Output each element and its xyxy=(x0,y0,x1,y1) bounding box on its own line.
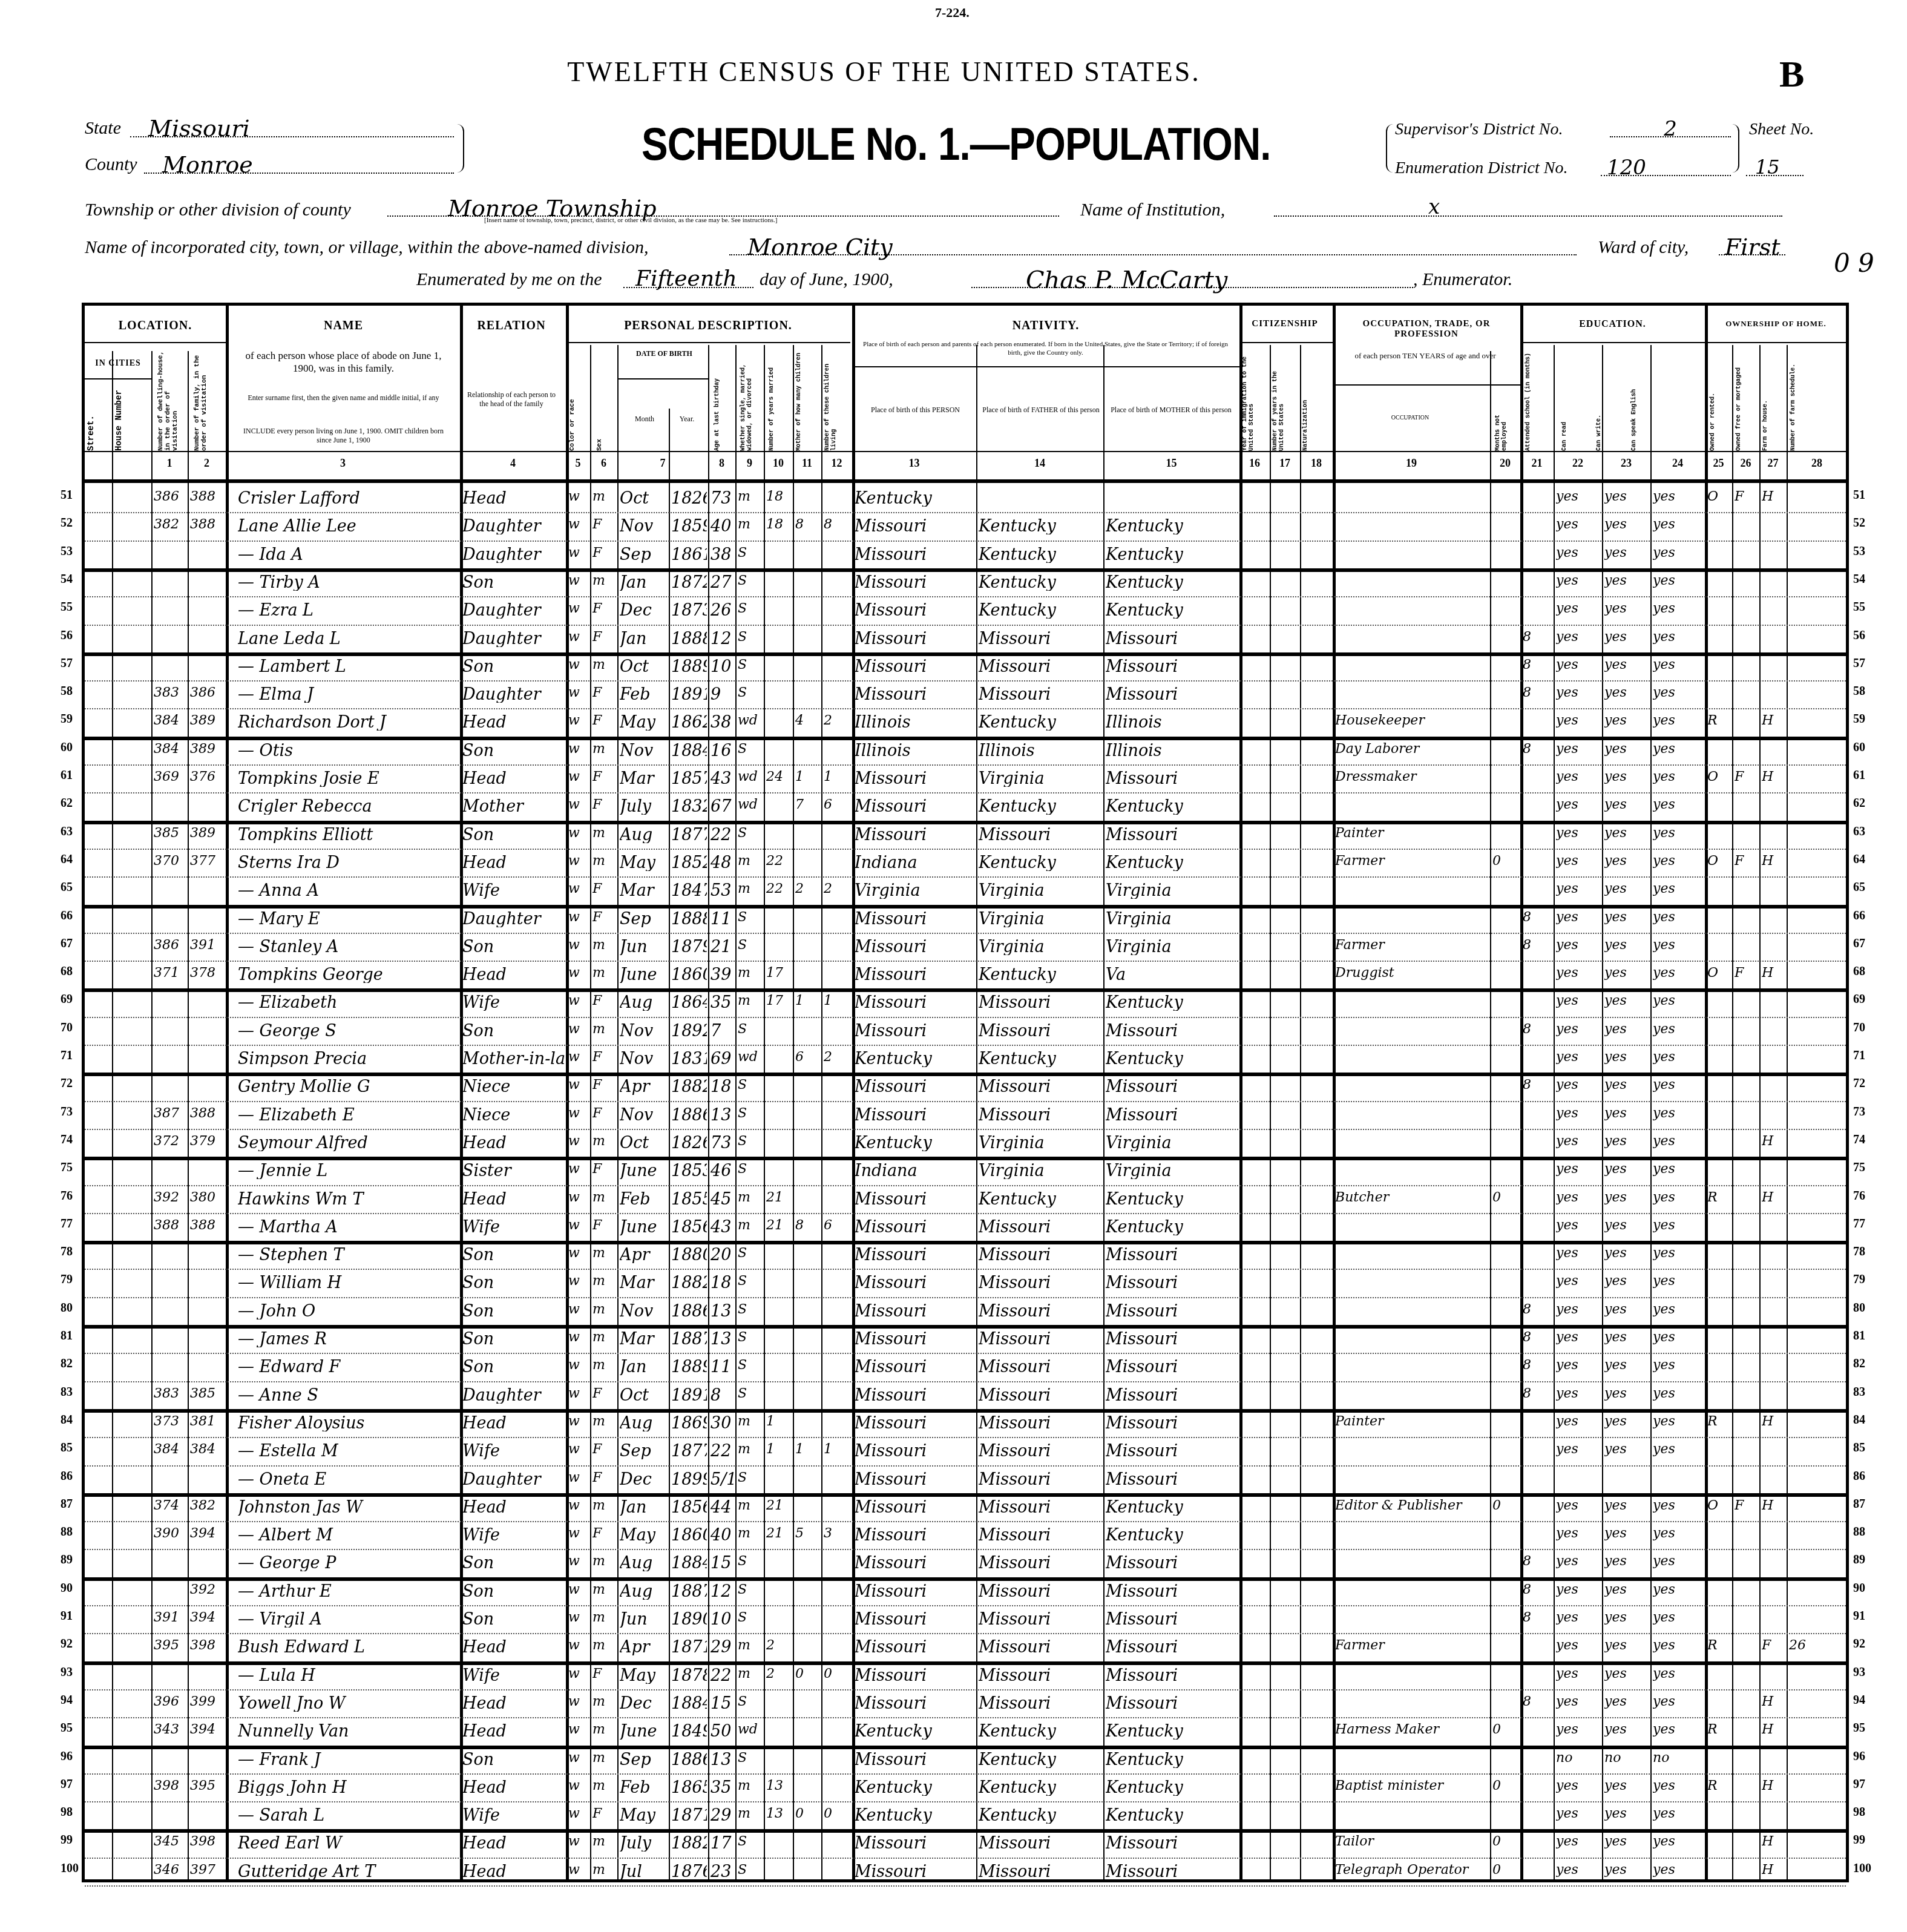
cell-mother: Virginia xyxy=(1106,911,1238,927)
table-row[interactable]: — Frank JSonwmSep188613SMissouriKentucky… xyxy=(85,1746,1846,1773)
cell-name: — Virgil A xyxy=(238,1611,468,1628)
institution-value: x xyxy=(1428,195,1440,219)
cell-birth: Missouri xyxy=(855,1499,975,1516)
cell-birth: Missouri xyxy=(855,518,975,534)
cell-year: 1865 xyxy=(671,1779,707,1796)
cell-dwelling: 382 xyxy=(154,518,186,531)
cell-mother: Missouri xyxy=(1106,1387,1238,1404)
cell-age: 53 xyxy=(711,882,734,899)
cell-sex: F xyxy=(592,1667,616,1681)
cell-year: 1857 xyxy=(671,770,707,787)
column-number: 24 xyxy=(1650,457,1705,470)
cell-yrs-married: 1 xyxy=(766,1415,792,1428)
table-row[interactable]: 383386— Elma JDaughterwFFeb18919SMissour… xyxy=(85,680,1846,708)
cell-year: 1886 xyxy=(671,1752,707,1768)
table-row[interactable]: 343394Nunnelly VanHeadwmJune184950wdKent… xyxy=(85,1717,1846,1745)
cell-mother-of: 1 xyxy=(795,994,820,1008)
cell-yrs-married: 21 xyxy=(766,1191,792,1204)
cell-color: w xyxy=(568,827,589,840)
table-row[interactable]: Gentry Mollie GNiecewFApr188218SMissouri… xyxy=(85,1073,1846,1100)
cell-yrs-married: 17 xyxy=(766,967,792,980)
cell-year: 1886 xyxy=(671,1107,707,1123)
cell-occupation: Housekeeper xyxy=(1335,714,1489,728)
cell-marital: m xyxy=(738,1499,763,1513)
cell-color: w xyxy=(568,1723,589,1736)
cell-father: Missouri xyxy=(979,1275,1102,1291)
cell-father: Kentucky xyxy=(979,855,1102,871)
cell-month: Nov xyxy=(620,1303,668,1319)
row-divider xyxy=(85,342,226,343)
cell-name: — Elizabeth xyxy=(238,994,468,1011)
table-row[interactable]: 373381Fisher AloysiusHeadwmAug186930m1Mi… xyxy=(85,1409,1846,1437)
cell-father: Missouri xyxy=(979,686,1102,703)
cell-marital: S xyxy=(738,1864,763,1877)
institution-field[interactable]: x xyxy=(1274,195,1782,217)
cell-month: Aug xyxy=(620,994,668,1011)
header-dwelling-number: Number of dwelling-house, in the order o… xyxy=(157,348,179,451)
line-number-right: 80 xyxy=(1853,1301,1865,1315)
cell-birth: Missouri xyxy=(855,1864,975,1880)
cell-mother: Missouri xyxy=(1106,1247,1238,1263)
line-number-right: 62 xyxy=(1853,797,1865,810)
line-number-left: 69 xyxy=(61,993,73,1007)
table-row[interactable]: 387388— Elizabeth ENiecewFNov188613SMiss… xyxy=(85,1101,1846,1129)
cell-write: yes xyxy=(1604,1667,1649,1681)
header-ownership: OWNERSHIP OF HOME. xyxy=(1705,319,1847,329)
cell-yrs-married: 21 xyxy=(766,1499,792,1513)
cell-relation: Son xyxy=(462,1359,565,1375)
cell-read: yes xyxy=(1556,1864,1601,1877)
cell-mother: Missouri xyxy=(1106,1835,1238,1851)
cell-dwelling: 391 xyxy=(154,1611,186,1625)
cell-own: O xyxy=(1707,855,1731,868)
table-row[interactable]: 384384— Estella MWifewFSep187722m111Miss… xyxy=(85,1437,1846,1465)
cell-name: Biggs John H xyxy=(238,1779,468,1796)
cell-write: yes xyxy=(1604,631,1649,644)
cell-english: yes xyxy=(1653,1163,1704,1176)
cell-english: yes xyxy=(1653,1807,1704,1821)
table-row[interactable]: 369376Tompkins Josie EHeadwFMar185743wd2… xyxy=(85,764,1846,792)
cell-school: 8 xyxy=(1523,631,1552,644)
line-number-right: 91 xyxy=(1853,1609,1865,1623)
table-row[interactable]: 345398Reed Earl WHeadwmJuly188217SMissou… xyxy=(85,1829,1846,1857)
table-row[interactable]: — George SSonwmNov18927SMissouriMissouri… xyxy=(85,1017,1846,1045)
cell-name: — Tirby A xyxy=(238,574,468,591)
cell-family: 394 xyxy=(190,1723,225,1736)
line-number-left: 96 xyxy=(61,1750,73,1764)
table-row[interactable]: — James RSonwmMar188713SMissouriMissouri… xyxy=(85,1325,1846,1353)
table-row[interactable]: — Lambert LSonwmOct188910SMissouriMissou… xyxy=(85,652,1846,680)
cell-year: 1856 xyxy=(671,1499,707,1516)
cell-sex: F xyxy=(592,1387,616,1401)
cell-sex: m xyxy=(592,827,616,840)
cell-name: Yowell Jno W xyxy=(238,1695,468,1712)
cell-months-not-emp: 0 xyxy=(1492,1835,1519,1848)
cell-age: 10 xyxy=(711,659,734,675)
cell-sex: m xyxy=(592,1023,616,1036)
cell-mother: Kentucky xyxy=(1106,1527,1238,1543)
cell-relation: Niece xyxy=(462,1079,565,1095)
table-row[interactable]: — Tirby ASonwmJan187227SMissouriKentucky… xyxy=(85,568,1846,596)
cell-marital: S xyxy=(738,1359,763,1372)
cell-color: w xyxy=(568,1555,589,1568)
cell-color: w xyxy=(568,743,589,756)
line-number-left: 67 xyxy=(61,937,73,951)
cell-age: 67 xyxy=(711,798,734,815)
cell-read: yes xyxy=(1556,1779,1601,1793)
cell-month: June xyxy=(620,1163,668,1179)
line-number-right: 77 xyxy=(1853,1217,1865,1231)
header-nativity-sub: Place of birth of each person and parent… xyxy=(856,341,1235,358)
table-row[interactable]: 396399Yowell Jno WHeadwmDec188415SMissou… xyxy=(85,1689,1846,1717)
cell-family: 389 xyxy=(190,714,225,728)
cell-year: 1879 xyxy=(671,939,707,955)
cell-read: yes xyxy=(1556,1331,1601,1344)
county-label: County xyxy=(85,154,137,175)
cell-marital: m xyxy=(738,1415,763,1428)
table-row[interactable]: — William HSonwmMar188218SMissouriMissou… xyxy=(85,1269,1846,1296)
table-row[interactable]: Lane Leda LDaughterwFJan188812SMissouriM… xyxy=(85,625,1846,652)
cell-age: 27 xyxy=(711,574,734,591)
cell-marital: S xyxy=(738,827,763,840)
line-number-left: 74 xyxy=(61,1133,73,1147)
table-row[interactable]: 395398Bush Edward LHeadwmApr187129m2Miss… xyxy=(85,1633,1846,1661)
cell-sex: m xyxy=(592,1275,616,1288)
row-divider xyxy=(1333,384,1520,386)
header-farm-house: Farm or house. xyxy=(1762,378,1769,451)
line-number-right: 64 xyxy=(1853,853,1865,867)
cell-year: 1889 xyxy=(671,1359,707,1375)
line-number-left: 53 xyxy=(61,545,73,559)
cell-read: yes xyxy=(1556,1051,1601,1064)
cell-mother: Kentucky xyxy=(1106,1779,1238,1796)
cell-own: O xyxy=(1707,490,1731,504)
cell-write: yes xyxy=(1604,1163,1649,1176)
cell-write: yes xyxy=(1604,1303,1649,1316)
cell-father: Virginia xyxy=(979,882,1102,899)
cell-family: 388 xyxy=(190,518,225,531)
header-years-married: Number of years married xyxy=(769,348,775,451)
table-row[interactable]: 383385— Anne SDaughterwFOct18918SMissour… xyxy=(85,1381,1846,1409)
line-number-left: 71 xyxy=(61,1049,73,1063)
supervisor-field[interactable]: 2 xyxy=(1610,117,1731,137)
table-row[interactable]: — Jennie LSisterwFJune185346SIndianaVirg… xyxy=(85,1157,1846,1184)
cell-month: Nov xyxy=(620,1023,668,1039)
column-number: 16 xyxy=(1239,457,1270,470)
census-title: TWELFTH CENSUS OF THE UNITED STATES. xyxy=(0,56,1907,88)
cell-birth: Indiana xyxy=(855,855,975,871)
table-row[interactable]: — Ezra LDaughterwFDec187326SMissouriKent… xyxy=(85,596,1846,624)
enumerator-name: Chas P. McCarty xyxy=(1026,266,1227,294)
cell-marital: S xyxy=(738,911,763,924)
cell-mother: Kentucky xyxy=(1106,1723,1238,1740)
cell-english: yes xyxy=(1653,1387,1704,1401)
cell-age: 48 xyxy=(711,855,734,871)
cell-father: Missouri xyxy=(979,1555,1102,1571)
table-row[interactable]: 390394— Albert MWifewFMay186040m2153Miss… xyxy=(85,1521,1846,1549)
cell-name: — Lambert L xyxy=(238,659,468,675)
cell-read: yes xyxy=(1556,798,1601,812)
cell-occupation: Tailor xyxy=(1335,1835,1489,1848)
table-row[interactable]: 382388Lane Allie LeeDaughterwFNov185940m… xyxy=(85,512,1846,540)
cell-family: 391 xyxy=(190,939,225,952)
cell-color: w xyxy=(568,631,589,644)
table-row[interactable]: 372379Seymour AlfredHeadwmOct182673SKent… xyxy=(85,1129,1846,1157)
header-location: LOCATION. xyxy=(85,319,226,333)
cell-read: yes xyxy=(1556,1219,1601,1232)
table-row[interactable]: — John OSonwmNov188613SMissouriMissouriM… xyxy=(85,1297,1846,1325)
cell-birth: Kentucky xyxy=(855,490,975,507)
cell-father: Virginia xyxy=(979,1163,1102,1179)
cell-month: Nov xyxy=(620,743,668,759)
cell-mother: Kentucky xyxy=(1106,602,1238,619)
cell-birth: Missouri xyxy=(855,686,975,703)
cell-birth: Missouri xyxy=(855,1219,975,1235)
cell-name: Lane Allie Lee xyxy=(238,518,468,534)
cell-father: Virginia xyxy=(979,1135,1102,1151)
cell-month: Dec xyxy=(620,602,668,619)
cell-dwelling: 383 xyxy=(154,1387,186,1401)
line-number-left: 57 xyxy=(61,657,73,671)
cell-mother: Missouri xyxy=(1106,1275,1238,1291)
cell-birth: Missouri xyxy=(855,770,975,787)
cell-father: Kentucky xyxy=(979,967,1102,983)
table-row[interactable]: — Lula HWifewFMay187822m200MissouriMisso… xyxy=(85,1661,1846,1689)
cell-family: 388 xyxy=(190,490,225,504)
cell-english: yes xyxy=(1653,882,1704,896)
cell-read: yes xyxy=(1556,1303,1601,1316)
cell-name: — William H xyxy=(238,1275,468,1291)
table-row[interactable]: 371378Tompkins GeorgeHeadwmJune186039m17… xyxy=(85,961,1846,988)
column-number: 1 xyxy=(151,457,188,470)
cell-name: — Arthur E xyxy=(238,1583,468,1600)
line-number-right: 75 xyxy=(1853,1161,1865,1175)
cell-school: 8 xyxy=(1523,1023,1552,1036)
ward-field[interactable]: First xyxy=(1719,234,1785,255)
cell-write: yes xyxy=(1604,827,1649,840)
cell-family: 392 xyxy=(190,1583,225,1597)
cell-school: 8 xyxy=(1523,1555,1552,1568)
cell-name: Hawkins Wm T xyxy=(238,1191,468,1207)
cell-color: w xyxy=(568,602,589,616)
line-number-left: 79 xyxy=(61,1273,73,1287)
column-number: 9 xyxy=(735,457,764,470)
table-row[interactable]: — Mary EDaughterwFSep188811SMissouriVirg… xyxy=(85,905,1846,933)
column-number: 11 xyxy=(793,457,821,470)
cell-age: 39 xyxy=(711,967,734,983)
cell-english: yes xyxy=(1653,714,1704,728)
cell-name: Tompkins Josie E xyxy=(238,770,468,787)
enumerated-day-field[interactable]: Fifteenth xyxy=(623,266,753,288)
cell-occupation: Butcher xyxy=(1335,1191,1489,1204)
enumeration-field[interactable]: 120 xyxy=(1601,156,1731,176)
cell-name: — Martha A xyxy=(238,1219,468,1235)
cell-write: yes xyxy=(1604,1387,1649,1401)
cell-occupation: Harness Maker xyxy=(1335,1723,1489,1736)
cell-dwelling: 395 xyxy=(154,1639,186,1652)
sheet-field[interactable]: 15 xyxy=(1746,156,1804,176)
header-in-cities: IN CITIES xyxy=(85,359,151,369)
table-row[interactable]: 391394— Virgil ASonwmJun189010SMissouriM… xyxy=(85,1605,1846,1633)
cell-sex: F xyxy=(592,911,616,924)
table-row[interactable]: Crigler RebeccaMotherwFJuly183267wd76Mis… xyxy=(85,792,1846,820)
cell-living: 1 xyxy=(824,994,851,1008)
table-row[interactable]: Simpson PreciaMother-in-lawwFNov183169wd… xyxy=(85,1045,1846,1073)
cell-sex: m xyxy=(592,1779,616,1793)
cell-yrs-married: 18 xyxy=(766,518,792,531)
table-row[interactable]: 346397Gutteridge Art THeadwmJul187623SMi… xyxy=(85,1858,1846,1885)
cell-write: yes xyxy=(1604,1527,1649,1540)
cell-color: w xyxy=(568,1331,589,1344)
line-number-right: 59 xyxy=(1853,712,1865,726)
cell-marital: S xyxy=(738,1079,763,1092)
cell-marital: S xyxy=(738,574,763,588)
header-date-of-birth: DATE OF BIRTH xyxy=(620,349,708,358)
table-row[interactable]: — Oneta EDaughterwFDec18995/12SMissouriM… xyxy=(85,1465,1846,1493)
cell-family: 399 xyxy=(190,1695,225,1709)
table-row[interactable]: 392380Hawkins Wm THeadwmFeb185545m21Miss… xyxy=(85,1185,1846,1213)
cell-living: 2 xyxy=(824,1051,851,1064)
enumerator-field[interactable]: Chas P. McCarty xyxy=(971,266,1413,288)
cell-marital: S xyxy=(738,1303,763,1316)
table-row[interactable]: 386388Crisler LaffordHeadwmOct182673m18K… xyxy=(85,484,1846,512)
cell-school: 8 xyxy=(1523,939,1552,952)
cell-color: w xyxy=(568,1191,589,1204)
cell-marital: m xyxy=(738,1807,763,1821)
line-number-left: 64 xyxy=(61,853,73,867)
cell-year: 1856 xyxy=(671,1219,707,1235)
cell-year: 1884 xyxy=(671,1695,707,1712)
line-number-right: 90 xyxy=(1853,1582,1865,1595)
line-number-right: 70 xyxy=(1853,1021,1865,1035)
cell-english: yes xyxy=(1653,659,1704,672)
cell-read: yes xyxy=(1556,967,1601,980)
cell-birth: Missouri xyxy=(855,1331,975,1347)
state-field[interactable]: Missouri xyxy=(130,115,454,137)
cell-months-not-emp: 0 xyxy=(1492,1499,1519,1513)
table-row[interactable]: 392— Arthur ESonwmAug188712SMissouriMiss… xyxy=(85,1577,1846,1605)
table-row[interactable]: 388388— Martha AWifewFJune185643m2186Mis… xyxy=(85,1213,1846,1241)
cell-english: yes xyxy=(1653,1499,1704,1513)
table-row[interactable]: — Ida ADaughterwFSep186138SMissouriKentu… xyxy=(85,540,1846,568)
cell-father: Virginia xyxy=(979,911,1102,927)
cell-english: yes xyxy=(1653,827,1704,840)
state-value: Missouri xyxy=(148,115,250,142)
cell-relation: Daughter xyxy=(462,911,565,927)
table-row[interactable]: — Anna AWifewFMar184753m2222VirginiaVirg… xyxy=(85,876,1846,904)
table-row[interactable]: — Edward FSonwmJan188911SMissouriMissour… xyxy=(85,1353,1846,1381)
cell-occupation: Baptist minister xyxy=(1335,1779,1489,1793)
cell-sex: m xyxy=(592,1695,616,1709)
cell-write: yes xyxy=(1604,1331,1649,1344)
table-row[interactable]: 384389Richardson Dort JHeadwFMay186238wd… xyxy=(85,708,1846,736)
cell-sex: F xyxy=(592,714,616,728)
cell-read: yes xyxy=(1556,1443,1601,1456)
header-months-not-employed: Months not employed xyxy=(1495,384,1508,451)
cell-age: 13 xyxy=(711,1107,734,1123)
cell-write: yes xyxy=(1604,1359,1649,1372)
cell-dwelling: 345 xyxy=(154,1835,186,1848)
cell-month: Jan xyxy=(620,1359,668,1375)
cell-marital: wd xyxy=(738,798,763,812)
cell-living: 0 xyxy=(824,1807,851,1821)
line-number-right: 65 xyxy=(1853,881,1865,895)
cell-own: R xyxy=(1707,1723,1731,1736)
cell-birth: Kentucky xyxy=(855,1051,975,1067)
incorporated-field[interactable]: Monroe City xyxy=(729,234,1577,255)
line-number-left: 61 xyxy=(61,769,73,783)
cell-birth: Missouri xyxy=(855,1107,975,1123)
table-row[interactable]: 384389— OtisSonwmNov188416SIllinoisIllin… xyxy=(85,737,1846,764)
cell-father: Kentucky xyxy=(979,1051,1102,1067)
column-number: 7 xyxy=(617,457,708,470)
cell-occupation: Farmer xyxy=(1335,1639,1489,1652)
enumerated-prefix: Enumerated by me on the xyxy=(416,269,602,290)
cell-birth: Missouri xyxy=(855,1359,975,1375)
cell-write: yes xyxy=(1604,490,1649,504)
table-row[interactable]: 374382Johnston Jas WHeadwmJan185644m21Mi… xyxy=(85,1493,1846,1521)
cell-father: Missouri xyxy=(979,659,1102,675)
cell-relation: Daughter xyxy=(462,686,565,703)
cell-english: yes xyxy=(1653,574,1704,588)
cell-father: Missouri xyxy=(979,1695,1102,1712)
cell-school: 8 xyxy=(1523,1611,1552,1625)
table-row[interactable]: — George PSonwmAug188415SMissouriMissour… xyxy=(85,1549,1846,1577)
cell-color: w xyxy=(568,574,589,588)
cell-marital: S xyxy=(738,1583,763,1597)
cell-month: Oct xyxy=(620,490,668,507)
table-row[interactable]: 386391— Stanley ASonwmJun187921SMissouri… xyxy=(85,933,1846,961)
table-row[interactable]: 370377Sterns Ira DHeadwmMay185248m22Indi… xyxy=(85,849,1846,876)
table-row[interactable]: — ElizabethWifewFAug186435m1711MissouriM… xyxy=(85,988,1846,1016)
county-field[interactable]: Monroe xyxy=(144,151,454,174)
cell-mother: Kentucky xyxy=(1106,855,1238,871)
cell-name: Tompkins Elliott xyxy=(238,827,468,843)
table-row[interactable]: 398395Biggs John HHeadwmFeb186535m13Kent… xyxy=(85,1773,1846,1801)
cell-read: yes xyxy=(1556,1723,1601,1736)
cell-color: w xyxy=(568,1107,589,1120)
sheet-label: Sheet No. xyxy=(1749,120,1814,139)
cell-yrs-married: 13 xyxy=(766,1779,792,1793)
line-number-left: 68 xyxy=(61,965,73,979)
cell-mother: Virginia xyxy=(1106,1163,1238,1179)
cell-occupation: Editor & Publisher xyxy=(1335,1499,1489,1513)
table-row[interactable]: — Sarah LWifewFMay187129m1300KentuckyKen… xyxy=(85,1801,1846,1829)
line-number-right: 61 xyxy=(1853,769,1865,783)
cell-english: yes xyxy=(1653,939,1704,952)
row-divider xyxy=(85,378,151,379)
cell-school: 8 xyxy=(1523,1387,1552,1401)
header-free-mortgaged: Owned free or mortgaged xyxy=(1736,348,1742,451)
cell-relation: Wife xyxy=(462,1443,565,1459)
cell-own: R xyxy=(1707,1779,1731,1793)
cell-sex: F xyxy=(592,882,616,896)
cell-english: yes xyxy=(1653,1135,1704,1148)
cell-birth: Kentucky xyxy=(855,1135,975,1151)
cell-dwelling: 390 xyxy=(154,1527,186,1540)
cell-yrs-married: 21 xyxy=(766,1219,792,1232)
cell-name: — Frank J xyxy=(238,1752,468,1768)
table-row[interactable]: — Stephen TSonwmApr188020SMissouriMissou… xyxy=(85,1241,1846,1269)
cell-living: 2 xyxy=(824,714,851,728)
table-row[interactable]: 385389Tompkins ElliottSonwmAug187722SMis… xyxy=(85,821,1846,849)
cell-yrs-married: 21 xyxy=(766,1527,792,1540)
cell-read: yes xyxy=(1556,1387,1601,1401)
header-years-in-us: Number of years in the United States xyxy=(1272,348,1285,451)
township-field[interactable]: Monroe Township xyxy=(387,195,1059,217)
cell-write: yes xyxy=(1604,994,1649,1008)
cell-write: yes xyxy=(1604,1807,1649,1821)
